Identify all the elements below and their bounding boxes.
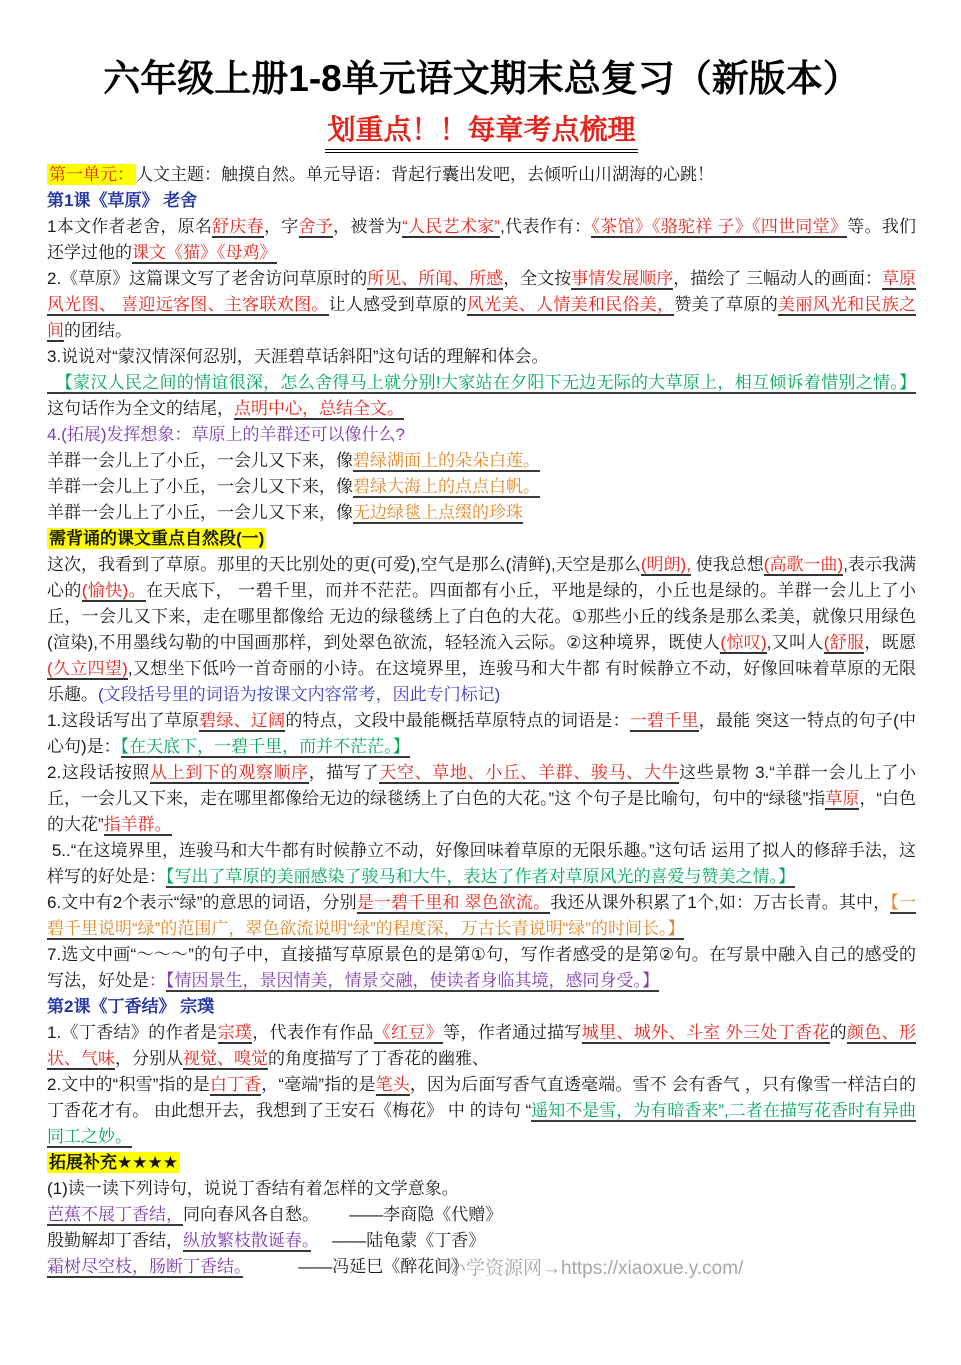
body-text: (1)读一读下列诗句，说说丁香结有着怎样的文学意象。 <box>47 1179 459 1198</box>
body-text: 1本文作者老舍，原名 <box>47 217 212 236</box>
body-text: ，代表作有作品 <box>252 1023 373 1042</box>
l1-q2-summary: 2.《草原》这篇课文写了老舍访问草原时的所见、所闻、所感，全文按事情发展顺序，描… <box>47 266 916 344</box>
answer-orange: 无边绿毯上点缀的珍珠 <box>353 503 523 524</box>
body-text: 6.文中有2个表示“绿”的意思的词语，分别 <box>47 893 357 912</box>
l1-q4-answer-2: 羊群一会儿上了小丘，一会儿又下来，像碧绿大海上的点点白帆。 <box>47 474 916 500</box>
answer-blank-red: 《茶馆》《骆驼祥 子》《四世同堂》 <box>591 217 847 238</box>
expansion-label: 拓展补充★★★★ <box>47 1150 916 1176</box>
l2-q2: 2.文中的“积雪”指的是白丁香，“毫端”指的是笔头，因为后面写香气直透毫端。雪不… <box>47 1072 916 1150</box>
lesson-heading-text: 第2课《丁香结》 宗璞 <box>47 997 214 1016</box>
body-text: 2.这段话按照 <box>47 763 150 782</box>
answer-green: 【蒙汉人民之间的情谊很深，怎么舍得马上就分别!大家站在夕阳下无边无际的大草原上，… <box>47 373 916 394</box>
answer-purple: 霜树尽空枝，肠断丁香结。 <box>47 1257 243 1278</box>
body-text: ——冯延巳《醉花间》 <box>243 1257 469 1276</box>
l1-q1-author: 1本文作者老舍，原名舒庆春，字舍予，被誉为“人民艺术家”,代表作有：《茶馆》《骆… <box>47 214 916 266</box>
body-text: 让人感受到草原的 <box>329 295 467 314</box>
subtitle-row: 划重点！！每章考点梳理 <box>47 108 916 153</box>
body-text: 的特点，文段中最能概括草原特点的词语是： <box>285 711 629 730</box>
answer-blank-red: 点明中心，总结全文。 <box>234 399 404 420</box>
l1-q3-question: 3.说说对“蒙汉情深何忍别，天涯碧草话斜阳”这句话的理解和体会。 <box>47 344 916 370</box>
section-label-highlight: 需背诵的课文重点自然段(一) <box>47 528 266 549</box>
answer-blank-red: (久立四望) <box>47 659 128 680</box>
body-text: 羊群一会儿上了小丘，一会儿又下来，像 <box>47 451 353 470</box>
red-text: ： <box>149 971 166 990</box>
body-text: ,代表作有： <box>500 217 591 236</box>
body-text: 等，作者通过描写 <box>443 1023 582 1042</box>
body-text: 2.《草原》这篇课文写了老舍访问草原时的 <box>47 269 367 288</box>
body-text: ，全文按 <box>503 269 571 288</box>
answer-purple: 纵放繁枝散诞春。 <box>183 1231 311 1252</box>
answer-blank-red: 视觉、嗅觉 <box>183 1049 268 1070</box>
body-text: 同向春风各自愁。 ——李商隐《代赠》 <box>183 1205 502 1224</box>
recite-q2-q3: 2.这段话按照从上到下的观察顺序，描写了天空、草地、小丘、羊群、骏马、大牛这些景… <box>47 760 916 838</box>
unit1-intro: 第一单元：人文主题：触摸自然。单元导语：背起行囊出发吧，去倾听山川湖海的心跳！ <box>47 162 916 188</box>
body-text: 的角度描写了丁香花的幽雅、 <box>268 1049 489 1068</box>
answer-blank-red: 所见、所闻、所感 <box>367 269 503 290</box>
body-text: ，“毫端”指的是 <box>261 1075 375 1094</box>
l1-q3-answer: 【蒙汉人民之间的情谊很深，怎么舍得马上就分别!大家站在夕阳下无边无际的大草原上，… <box>47 370 916 422</box>
body-text: 的团结。 <box>64 321 132 340</box>
body-text: 1.《丁香结》的作者是 <box>47 1023 218 1042</box>
lesson-heading-text: 第1课《草原》 老舍 <box>47 191 197 210</box>
poem-3: 小学资源网→https://xiaoxue.y.com/霜树尽空枝，肠断丁香结。… <box>47 1254 916 1280</box>
answer-blank-red: 事情发展顺序 <box>571 269 673 290</box>
poem-1: 芭蕉不展丁香结，同向春风各自愁。 ——李商隐《代赠》 <box>47 1202 916 1228</box>
prompt-purple: 4.(拓展)发挥想象：草原上的羊群还可以像什么? <box>47 425 405 444</box>
body-text: 殷勤解却丁香结， <box>47 1231 183 1250</box>
answer-green: 【写出了草原的美丽感染了骏马和大牛，表达了作者对草原风光的喜爱与赞美之情。】 <box>166 867 795 888</box>
answer-orange: 碧绿大海上的点点白帆。 <box>353 477 540 498</box>
answer-blank-red: (惊叹) <box>720 633 766 654</box>
body-text: ，分别从 <box>115 1049 183 1068</box>
body-text: 1.这段话写出了草原 <box>47 711 199 730</box>
body-text: 这次，我看到了草原。那里的天比别处的更(可爱),空气是那么(清鲜),天空是那么 <box>47 555 641 574</box>
l1-q4-imagination: 4.(拓展)发挥想象：草原上的羊群还可以像什么? <box>47 422 916 448</box>
body-text: ，被誉为 <box>333 217 402 236</box>
recite-paragraph: 这次，我看到了草原。那里的天比别处的更(可爱),空气是那么(清鲜),天空是那么(… <box>47 552 916 708</box>
body-text: ，字 <box>264 217 299 236</box>
body-text: 羊群一会儿上了小丘，一会儿又下来，像 <box>47 477 353 496</box>
answer-green: 【在天底下，一碧千里，而并不茫茫。】 <box>121 737 410 758</box>
answer-blank-red: 一碧千里 <box>630 711 699 732</box>
answer-blank-red: 舒庆春 <box>212 217 264 238</box>
recite-q5: 5..“在这境界里，连骏马和大牛都有时候静立不动，好像回味着草原的无限乐趣。”这… <box>47 838 916 890</box>
answer-blank-red: 指羊群。 <box>104 815 172 836</box>
poem-2: 殷勤解却丁香结，纵放繁枝散诞春。 ——陆龟蒙《丁香》 <box>47 1228 916 1254</box>
unit-label-highlight: 第一单元： <box>47 164 136 185</box>
watermark: 小学资源网→https://xiaoxue.y.com/ <box>447 1256 743 1282</box>
lesson1-heading: 第1课《草原》 老舍 <box>47 188 916 214</box>
recite-q7: 7.选文中画“～～～”的句子中，直接描写草原景色的是第①句，写作者感受的是第②句… <box>47 942 916 994</box>
body-text: ，描写了 <box>309 763 380 782</box>
body-text: 羊群一会儿上了小丘，一会儿又下来，像 <box>47 503 353 522</box>
note-blue: (文段括号里的词语为按课文内容常考，因此专门标记) <box>98 685 500 704</box>
answer-blank-red: 碧绿、辽阔 <box>199 711 285 732</box>
answer-blank-red: (明朗), <box>641 555 691 576</box>
body-text: 赞美了草原的 <box>674 295 778 314</box>
answer-blank-red: 舍予 <box>299 217 334 238</box>
body-text: ——陆龟蒙《丁香》 <box>311 1231 486 1250</box>
answer-purple: 芭蕉不展丁香结， <box>47 1205 183 1226</box>
page-subtitle: 划重点！！每章考点梳理 <box>325 108 637 153</box>
body-text: 使我总想 <box>691 555 764 574</box>
recite-q6: 6.文中有2个表示“绿”的意思的词语，分别是一碧千里和 翠色欲流。我还从课外积累… <box>47 890 916 942</box>
l1-q4-answer-3: 羊群一会儿上了小丘，一会儿又下来，像无边绿毯上点缀的珍珠 <box>47 500 916 526</box>
recite-section-label: 需背诵的课文重点自然段(一) <box>47 526 916 552</box>
answer-orange: 碧绿湖面上的朵朵白莲。 <box>353 451 540 472</box>
answer-blank-red: “人民艺术家” <box>402 217 500 238</box>
answer-purple: 【情因景生，景因情美，情景交融，使读者身临其境，感同身受。】 <box>166 971 659 992</box>
l2-q1: 1.《丁香结》的作者是宗璞，代表作有作品《红豆》等，作者通过描写城里、城外、斗室… <box>47 1020 916 1072</box>
page-title: 六年级上册1-8单元语文期末总复习（新版本） <box>47 48 916 102</box>
section-label-highlight: 拓展补充★★★★ <box>47 1152 180 1173</box>
l1-q4-answer-1: 羊群一会儿上了小丘，一会儿又下来，像碧绿湖面上的朵朵白莲。 <box>47 448 916 474</box>
answer-blank-red: 城里、城外、斗室 外三处丁香花 <box>582 1023 830 1044</box>
answer-blank-red: 宗璞 <box>218 1023 253 1044</box>
body-text: ，描绘了 三幅动人的画面： <box>673 269 882 288</box>
document-page: 六年级上册1-8单元语文期末总复习（新版本） 划重点！！每章考点梳理 第一单元：… <box>0 0 961 1365</box>
answer-blank-red: 课文《猫》《母鸡》 <box>132 243 277 264</box>
expansion-question: (1)读一读下列诗句，说说丁香结有着怎样的文学意象。 <box>47 1176 916 1202</box>
answer-blank-red: 风光美、人情美和民俗美， <box>467 295 674 316</box>
body-text: 3.说说对“蒙汉情深何忍别，天涯碧草话斜阳”这句话的理解和体会。 <box>47 347 549 366</box>
body-text: 2.文中的“积雪”指的是 <box>47 1075 210 1094</box>
answer-blank-red: 笔头 <box>376 1075 410 1096</box>
answer-blank-red: 是一碧千里和 翠色欲流。 <box>357 893 550 914</box>
recite-q1: 1.这段话写出了草原碧绿、辽阔的特点，文段中最能概括草原特点的词语是：一碧千里，… <box>47 708 916 760</box>
answer-blank-red: 白丁香 <box>210 1075 261 1096</box>
answer-blank-red: 天空、草地、小丘、羊群、骏马、大牛 <box>379 763 679 784</box>
answer-blank-red: (舒服 <box>824 633 865 654</box>
body-text: 人文主题：触摸自然。单元导语：背起行囊出发吧，去倾听山川湖海的心跳！ <box>136 165 714 184</box>
body-text: 的 <box>830 1023 847 1042</box>
body-text: ,又叫人 <box>767 633 824 652</box>
answer-blank-red: (高歌一曲) <box>764 555 843 576</box>
answer-blank-red: 草原 <box>825 789 859 810</box>
body-text: ，既愿 <box>864 633 916 652</box>
answer-blank-red: 从上到下的观察顺序 <box>150 763 309 784</box>
body-text: 这句话作为全文的结尾， <box>47 399 234 418</box>
answer-blank-red: (愉快)。 <box>82 581 146 602</box>
lesson2-heading: 第2课《丁香结》 宗璞 <box>47 994 916 1020</box>
body-text: 我还从课外积累了1个,如：万古长青。其中， <box>550 893 890 912</box>
answer-blank-red: 《红豆》 <box>374 1023 443 1044</box>
document-body: 第一单元：人文主题：触摸自然。单元导语：背起行囊出发吧，去倾听山川湖海的心跳！第… <box>47 162 916 1280</box>
